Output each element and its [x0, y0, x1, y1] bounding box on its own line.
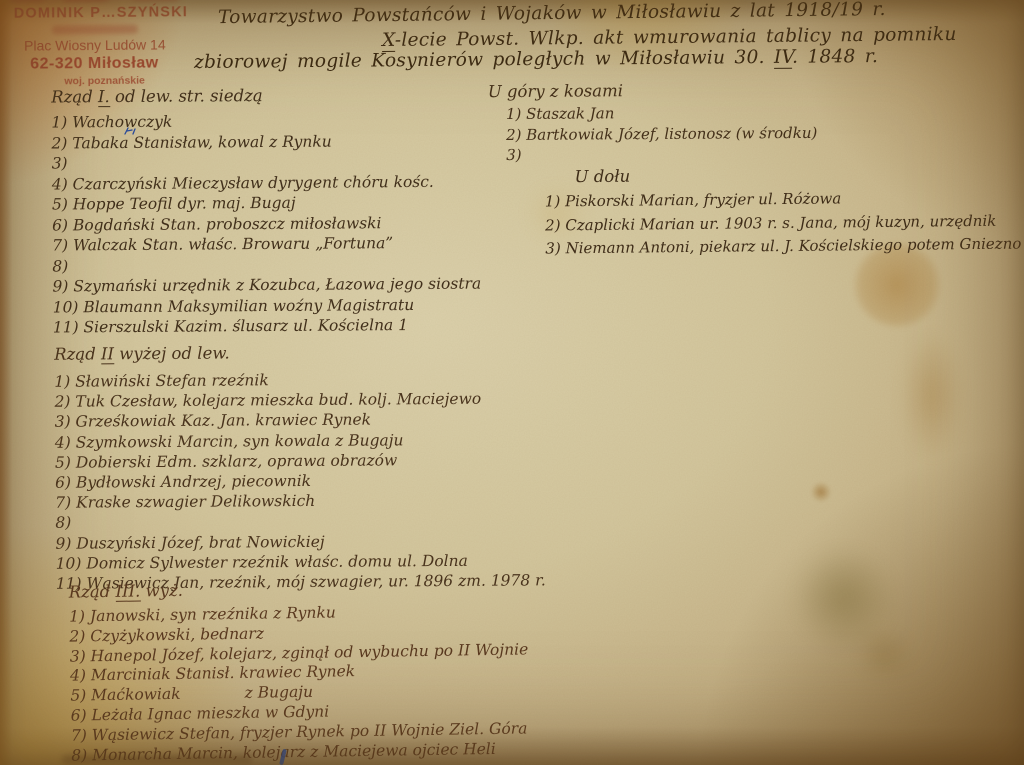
- document-title-line-3: zbiorowej mogile Kosynierów poległych w …: [194, 46, 878, 73]
- underlined-numeral: II: [101, 344, 114, 364]
- underlined-numeral: X: [382, 30, 395, 52]
- list-item: 2) Bartkowiak Józef, listonosz (w środku…: [506, 122, 817, 145]
- list-item: 9) Szymański urzędnik z Kozubca, Łazowa …: [52, 274, 481, 297]
- collector-stamp: DOMINIK P…SZYŃSKI Plac Wiosny Ludów 14 6…: [8, 0, 189, 88]
- name-list: 1) Wachowczyk2) Tabaka Stanisław, kowal …: [51, 110, 481, 338]
- title-line-3-date: . 1848 r.: [792, 46, 878, 68]
- list-item: 2) Tuk Czesław, kolejarz mieszka bud. ko…: [54, 388, 544, 412]
- underlined-numeral: IV: [774, 47, 792, 69]
- underlined-numeral: III.: [115, 581, 140, 601]
- section-top-with-scythes: U góry z kosami 1) Staszak Jan2) Bartkow…: [488, 80, 818, 166]
- name-list: 1) Sławiński Stefan rzeźnik2) Tuk Czesła…: [54, 368, 546, 594]
- list-item: 4) Czarczyński Mieczysław dyrygent chóru…: [52, 171, 481, 194]
- paper-stain: [852, 632, 918, 676]
- section-heading: U góry z kosami: [488, 80, 817, 101]
- document-title-line-1: Towarzystwo Powstańców i Wojaków w Miłos…: [218, 0, 886, 28]
- section-heading: Rząd II wyżej od lew.: [54, 341, 544, 363]
- section-row-1: Rząd I. od lew. str. siedzą 1) Wachowczy…: [51, 85, 481, 338]
- faint-cutoff-writing: [62, 755, 252, 764]
- heading-word: Rząd: [69, 582, 116, 602]
- name-list: 1) Staszak Jan2) Bartkowiak Józef, listo…: [506, 102, 818, 166]
- stamp-street: Plac Wiosny Ludów 14: [24, 36, 188, 53]
- section-heading: Rząd I. od lew. str. siedzą: [51, 85, 480, 107]
- paper-stain: [790, 548, 898, 648]
- heading-word: Rząd: [51, 87, 98, 106]
- stamp-illegible-line: [52, 25, 138, 35]
- paper-stain: [903, 330, 961, 460]
- stamp-owner-name: DOMINIK P…SZYŃSKI: [14, 4, 188, 22]
- section-row-2: Rząd II wyżej od lew. 1) Sławiński Stefa…: [54, 341, 546, 594]
- list-item: 11) Sierszulski Kazim. ślusarz ul. Kości…: [53, 315, 482, 338]
- name-list: 1) Janowski, syn rzeźnika z Rynku2) Czyż…: [69, 600, 530, 765]
- name-list: 1) Piskorski Marian, fryzjer ul. Różowa2…: [545, 186, 1022, 261]
- underlined-numeral: I.: [98, 87, 110, 107]
- stamp-cutoff-line: [10, 0, 180, 3]
- list-item: 3): [506, 143, 817, 166]
- list-item: 1) Staszak Jan: [506, 102, 817, 125]
- stamp-region: woj. poznańskie: [64, 74, 188, 87]
- paper-stain: [810, 482, 832, 502]
- heading-rest: od lew. str. siedzą: [110, 86, 263, 106]
- stamp-city: 62-320 Miłosław: [30, 54, 188, 73]
- section-bottom: U dołu 1) Piskorski Marian, fryzjer ul. …: [545, 163, 1022, 261]
- list-item: 3) Niemann Antoni, piekarz ul. J. Koście…: [545, 233, 1021, 261]
- archival-photo-caption-page: DOMINIK P…SZYŃSKI Plac Wiosny Ludów 14 6…: [0, 0, 1024, 765]
- heading-rest: wyżej od lew.: [114, 343, 230, 363]
- section-row-3: Rząd III. wyż. 1) Janowski, syn rzeźnika…: [69, 575, 530, 765]
- heading-rest: wyż.: [140, 581, 183, 601]
- section-heading: U dołu: [575, 163, 1021, 187]
- title-line-3-text: zbiorowej mogile Kosynierów poległych w …: [194, 47, 774, 73]
- heading-word: Rząd: [54, 344, 101, 363]
